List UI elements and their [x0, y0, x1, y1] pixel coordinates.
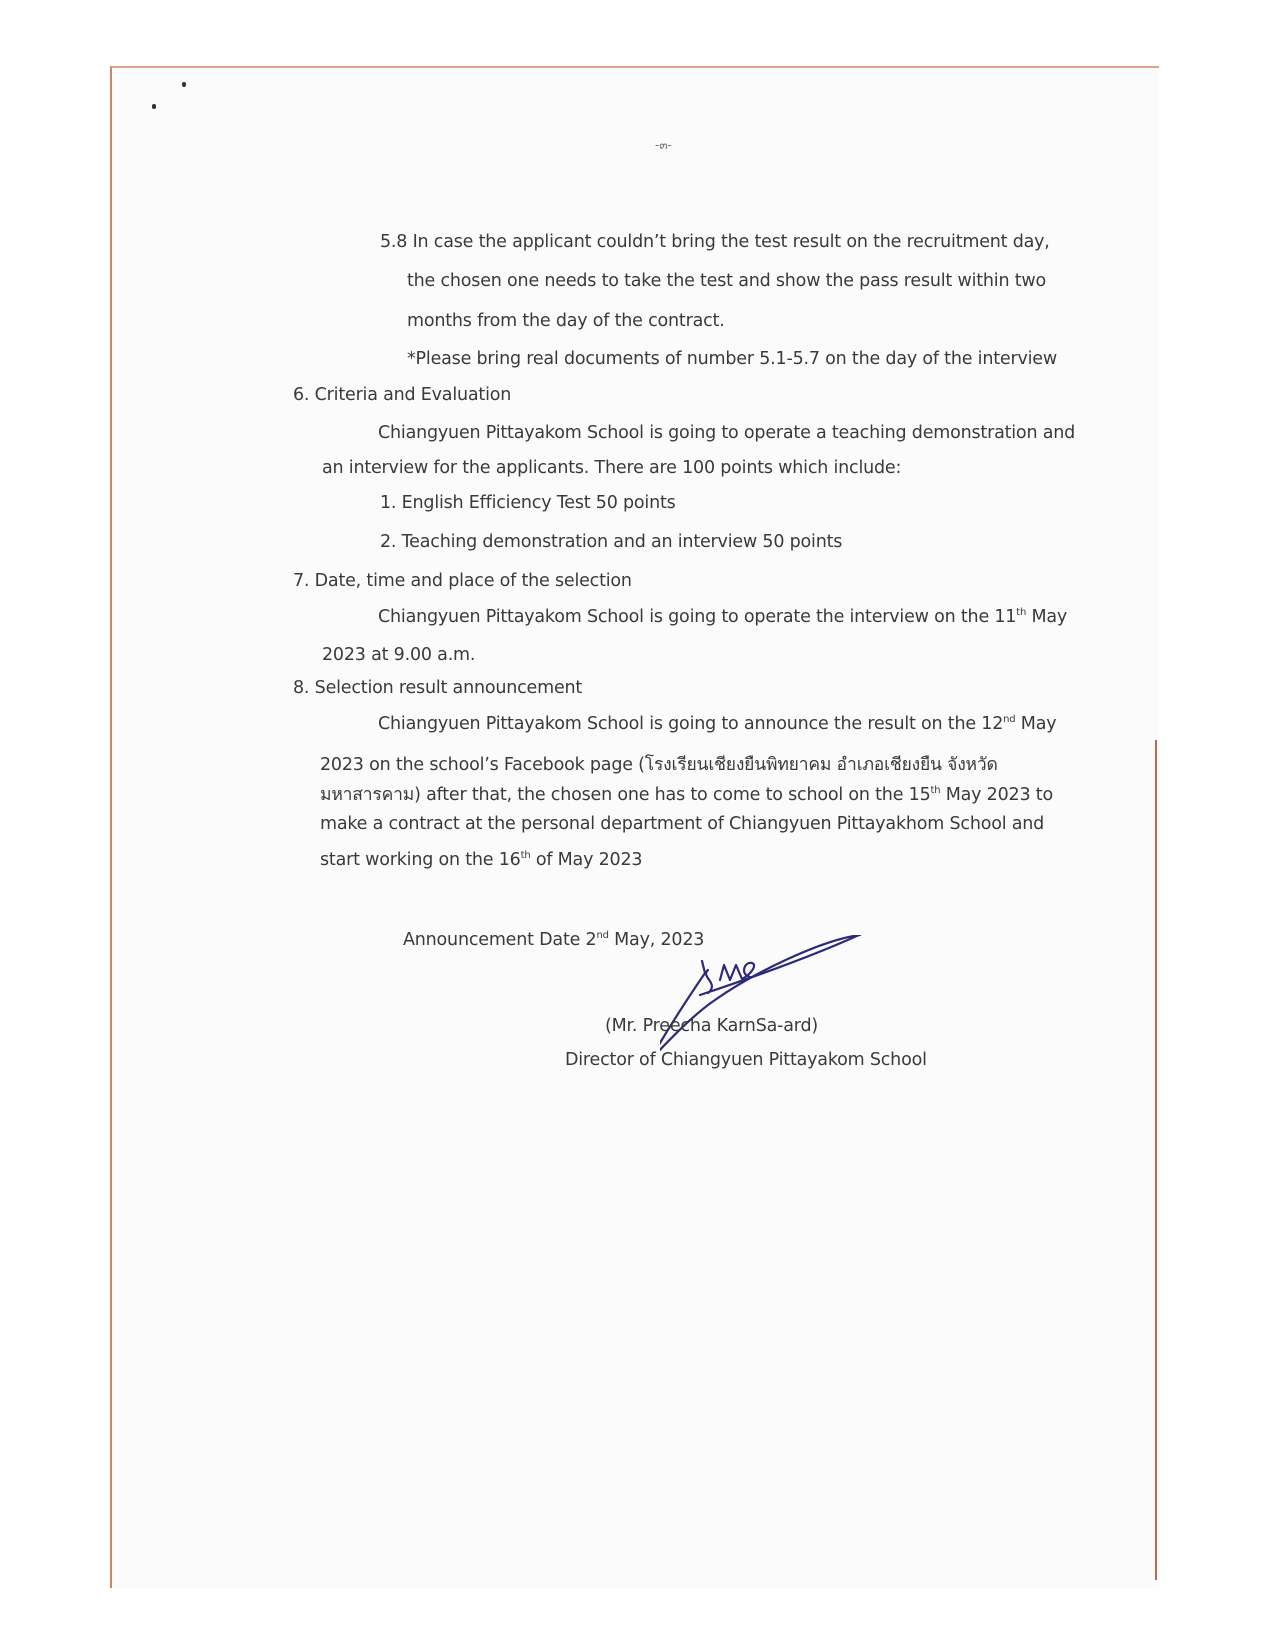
item-5-8-line-3: months from the day of the contract.: [407, 311, 725, 331]
section-8-line-5: start working on the 16th of May 2023: [320, 850, 642, 870]
section-7-para-2: 2023 at 9.00 a.m.: [322, 645, 475, 665]
section-7-heading: 7. Date, time and place of the selection: [293, 571, 632, 591]
section-8-line-3: มหาสารคาม) after that, the chosen one ha…: [320, 780, 1053, 808]
section-6-para-1: Chiangyuen Pittayakom School is going to…: [378, 423, 1075, 443]
item-5-8-line-1: 5.8 In case the applicant couldn’t bring…: [380, 232, 1050, 252]
section-6-heading: 6. Criteria and Evaluation: [293, 385, 511, 405]
scan-speck: [152, 104, 156, 109]
criteria-item-1: 1. English Efficiency Test 50 points: [380, 493, 676, 513]
page-edge-shadow: [1155, 740, 1157, 1580]
documents-note: *Please bring real documents of number 5…: [407, 349, 1057, 369]
section-8-line-1: Chiangyuen Pittayakom School is going to…: [378, 714, 1056, 734]
scan-speck: [182, 82, 186, 87]
section-8-heading: 8. Selection result announcement: [293, 678, 582, 698]
item-5-8-line-2: the chosen one needs to take the test an…: [407, 271, 1046, 291]
section-7-para-1: Chiangyuen Pittayakom School is going to…: [378, 607, 1067, 627]
page-number: -๓-: [655, 136, 672, 155]
section-8-line-4: make a contract at the personal departme…: [320, 814, 1044, 834]
signatory-title: Director of Chiangyuen Pittayakom School: [565, 1050, 927, 1070]
criteria-item-2: 2. Teaching demonstration and an intervi…: [380, 532, 842, 552]
section-6-para-2: an interview for the applicants. There a…: [322, 458, 901, 478]
signatory-name: (Mr. Preecha KarnSa-ard): [605, 1016, 818, 1036]
section-8-line-2: 2023 on the school’s Facebook page (โรงเ…: [320, 750, 998, 778]
